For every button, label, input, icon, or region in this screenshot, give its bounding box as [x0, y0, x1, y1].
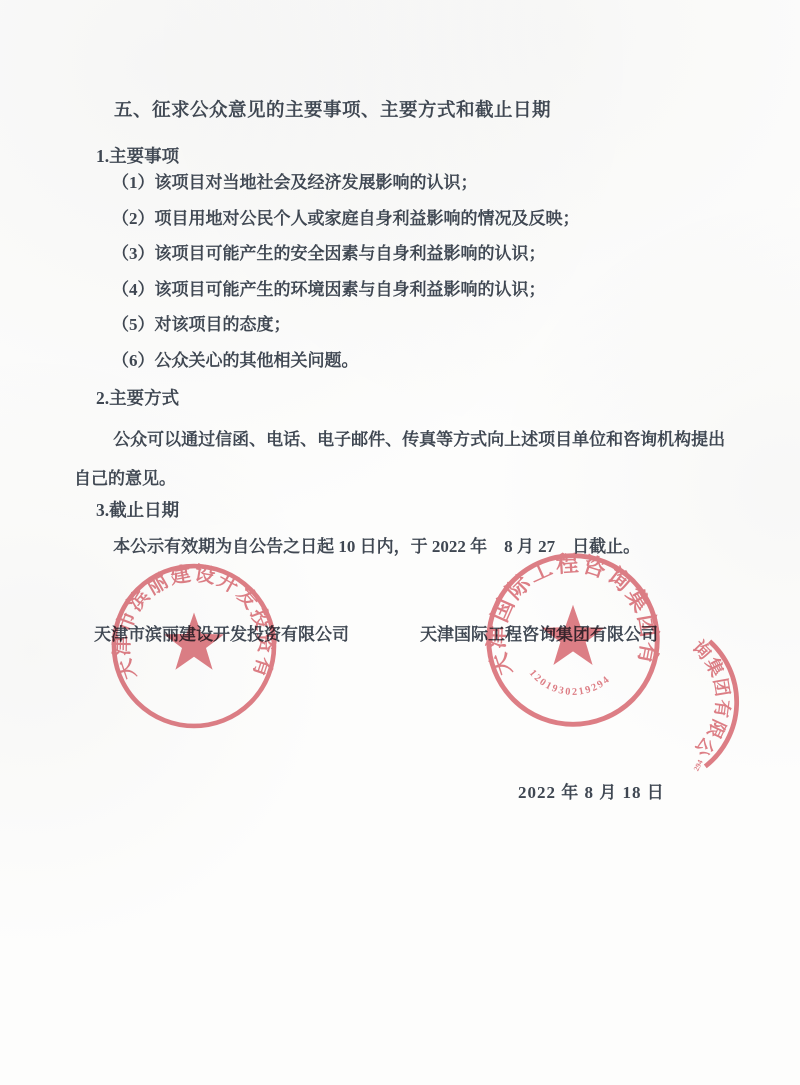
- section-1-heading: 1.主要事项: [96, 143, 179, 168]
- list-item-6: （6）公众关心的其他相关问题。: [112, 348, 580, 384]
- stamp-right-visible-text: 询集团有限公司: [560, 607, 734, 761]
- section-1-item-list: （1）该项目对当地社会及经济发展影响的认识； （2）项目用地对公民个人或家庭自身…: [112, 170, 580, 383]
- stamp-left-company-seal: 天津市滨丽建设开发投资有限公司: [101, 553, 287, 739]
- list-item-4: （4）该项目可能产生的环境因素与自身利益影响的认识；: [112, 277, 580, 313]
- svg-text:询集团有限公司: 询集团有限公司: [560, 607, 734, 761]
- svg-text:天津市滨丽建设开发投资有限公司: 天津市滨丽建设开发投资有限公司: [101, 553, 278, 683]
- list-item-1: （1）该项目对当地社会及经济发展影响的认识；: [112, 170, 580, 206]
- section-3-heading: 3.截止日期: [96, 497, 179, 522]
- section-2-paragraph: 公众可以通过信函、电话、电子邮件、传真等方式向上述项目单位和咨询机构提出自己的意…: [74, 421, 736, 498]
- stamp-left-ring-text: 天津市滨丽建设开发投资有限公司: [101, 553, 278, 683]
- list-item-5: （5）对该项目的态度；: [112, 312, 580, 348]
- star-icon: [164, 613, 224, 670]
- list-item-3: （3）该项目可能产生的安全因素与自身利益影响的认识；: [112, 241, 580, 277]
- list-item-2: （2）项目用地对公民个人或家庭自身利益影响的情况及反映；: [112, 206, 580, 242]
- document-title: 五、征求公众意见的主要事项、主要方式和截止日期: [114, 96, 551, 122]
- stamp-right-code-fragment: 294: [692, 758, 705, 772]
- scanned-document-page: 五、征求公众意见的主要事项、主要方式和截止日期 1.主要事项 （1）该项目对当地…: [0, 0, 800, 1085]
- section-2-heading: 2.主要方式: [96, 385, 179, 410]
- stamp-right-partial-seal: 询集团有限公司 294: [560, 607, 750, 797]
